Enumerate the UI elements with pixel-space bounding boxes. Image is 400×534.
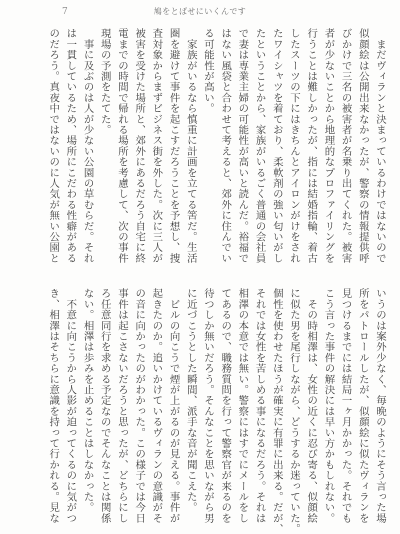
text-line: ない。相澤は歩みを止めることはしなかった。 bbox=[78, 288, 95, 530]
running-header-title: 鳩をとばせにいくんです bbox=[0, 6, 400, 18]
text-line: ビルの向こうで煙が上がるのが見える。事件が bbox=[164, 288, 181, 530]
text-line: 不意に向こうから人影が迫ってくるのに気がつ bbox=[61, 288, 78, 530]
text-line: は一貫しているため、場所にこだわる性癖がある bbox=[61, 28, 78, 270]
text-line: で妻は専業主婦の可能性が高いと読んだ。裕福で bbox=[233, 28, 250, 270]
text-line: 起きたのか。追いかけているヴィランの意識がそ bbox=[147, 288, 164, 530]
book-page: 7 鳩をとばせにいくんです まだヴィランと決まっているわけではないので似顔絵は公… bbox=[0, 0, 400, 534]
text-line: こう言った事件の解決には早い方かもしれない。 bbox=[319, 288, 336, 530]
text-line: ろ任意同行を求める予定なのでそんなことは関係 bbox=[96, 288, 113, 530]
text-line: 家族がいるなら慎重に計画を立てる筈だ。生活 bbox=[182, 28, 199, 270]
text-line: に似た男を尾行しながら、どうするか迷っていた。 bbox=[285, 288, 302, 530]
text-line: 見つけるまでには結局一ヶ月かかった。それでも bbox=[336, 288, 353, 530]
text-line: き、相澤はそちらに意識を持って行かれる。見な bbox=[44, 288, 61, 530]
text-line: びかけで三名の被害者が名乗り出てくれた。被害 bbox=[336, 28, 353, 270]
text-line: 行うことは難しかったが、指には結婚指輪、着古 bbox=[302, 28, 319, 270]
text-line: る可能性が高い。 bbox=[199, 28, 216, 270]
text-line: まだヴィランと決まっているわけではないので bbox=[371, 28, 388, 270]
text-line: はない風袋と合わせて考えると、郊外に住んでい bbox=[216, 28, 233, 270]
text-line: その時相澤は、女性の近くに忍び寄る、似顔絵 bbox=[302, 288, 319, 530]
text-line: 圏を避けて事件を起こすだろうことを予想し、捜 bbox=[164, 28, 181, 270]
text-line: てあるので、職務質問を行って警察官が来るのを bbox=[216, 288, 233, 530]
text-line: の音に向かったのがわかった。この様子では今日 bbox=[130, 288, 147, 530]
text-line: 待つしか無いだろう。そんなことを思いながら男 bbox=[199, 288, 216, 530]
main-text-upper-block: まだヴィランと決まっているわけではないので似顔絵は公開出来なかったが、警察の情報… bbox=[44, 28, 388, 270]
text-line: いうのは案外少なく、毎晩のようにそう言った場 bbox=[371, 288, 388, 530]
main-text-lower-block: いうのは案外少なく、毎晩のようにそう言った場所をパトロールしたが、似顔絵に似たヴ… bbox=[44, 288, 388, 530]
text-line: のだろう。真夜中ではないのに人気が無い公園と bbox=[44, 28, 61, 270]
text-line: 現場の予測をたてた。 bbox=[96, 28, 113, 270]
text-line: 被害を受けた場所と、郊外にあるだろう自宅に終 bbox=[130, 28, 147, 270]
text-line: たということから、家族がいるごく普通の会社員 bbox=[250, 28, 267, 270]
text-line: 者が少ないことから地理的なプロファイリングを bbox=[319, 28, 336, 270]
text-line: 似顔絵は公開出来なかったが、警察の情報提供呼 bbox=[354, 28, 371, 270]
text-line: したスーツの下にはきちんとアイロンがけをされ bbox=[285, 28, 302, 270]
text-line: 個性を使わせたほうが確実に有罪に出来る。だが、 bbox=[268, 288, 285, 530]
text-line: 相澤の本意では無い。警察にはすでにメールをし bbox=[233, 288, 250, 530]
text-line: 電までの時間で帰れる場所を考慮して、次の事件 bbox=[113, 28, 130, 270]
text-line: 事件は起こさないだろうと思ったが、どちらにし bbox=[113, 288, 130, 530]
text-line: 事に及ぶのは人が少ない公園の草むらだ。それ bbox=[78, 28, 95, 270]
text-line: たワイシャツを着ており、柔軟剤の強い匂いがし bbox=[268, 28, 285, 270]
text-line: 所をパトロールしたが、似顔絵に似たヴィランを bbox=[354, 288, 371, 530]
text-line: それでは女性を苦しめる事になるだろう。それは bbox=[250, 288, 267, 530]
text-line: に近づこうとした瞬間、派手な音が聞こえた。 bbox=[182, 288, 199, 530]
text-line: 査対象からまずビジネス街を外した。次に三人が bbox=[147, 28, 164, 270]
